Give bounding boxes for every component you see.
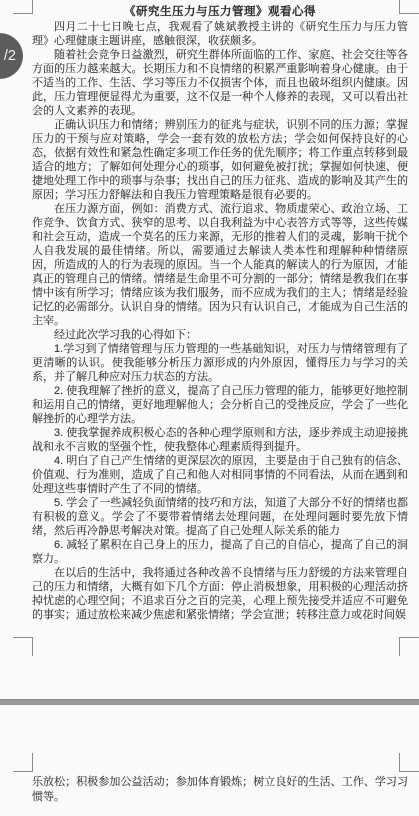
document-paragraph: 正确认识压力和情绪；辨别压力的征兆与症状，识别不同的压力源；掌握压力的干预与应对… [32, 118, 408, 202]
document-viewer: 《研究生压力与压力管理》观看心得 四月二十七日晚七点，我观看了姚斌教授主讲的《研… [0, 0, 419, 816]
document-paragraph: 随着社会竞争日益激烈，研究生群体所面临的工作、家庭、社会交往等各方面的压力越来越… [32, 48, 408, 118]
text-boundary-mark-bottom-right [399, 637, 419, 656]
document-paragraph: 乐放松；积极参加公益活动；参加体育锻炼；树立良好的生活、工作、学习习惯等。 [32, 775, 408, 804]
text-boundary-mark-top-right [399, 753, 419, 772]
document-page-1: 《研究生压力与压力管理》观看心得 四月二十七日晚七点，我观看了姚斌教授主讲的《研… [0, 0, 419, 699]
document-title: 《研究生压力与压力管理》观看心得 [32, 5, 408, 19]
document-paragraph: 经过此次学习我的心得如下： [32, 328, 408, 342]
document-paragraph: 在以后的生活中，我将通过各种改善不良情绪与压力舒缓的方法来管理自己的压力和情绪，… [32, 566, 408, 622]
document-paragraph: 3. 使我掌握养成积极心态的各种心理学原则和方法，逐步养成主动迎接挑战和永不言败… [32, 426, 408, 454]
document-paragraph: 1.学习到了情绪管理与压力管理的一些基础知识，对压力与情绪管理有了更清晰的认识。… [32, 342, 408, 384]
text-boundary-mark-bottom-left [13, 637, 33, 656]
document-paragraph: 6. 减轻了累积在自己身上的压力，提高了自己的自信心，提高了自己的洞察力。 [32, 538, 408, 566]
page-2-text-area: 乐放松；积极参加公益活动；参加体育锻炼；树立良好的生活、工作、学习习惯等。 [32, 775, 408, 804]
page-1-text-area: 《研究生压力与压力管理》观看心得 四月二十七日晚七点，我观看了姚斌教授主讲的《研… [32, 5, 408, 622]
document-paragraph: 2. 使我理解了挫折的意义，提高了自己压力管理的能力，能够更好地控制和运用自己的… [32, 384, 408, 426]
document-paragraph: 4. 明白了自己产生情绪的更深层次的原因，主要是由于自己独有的信念、价值观、行为… [32, 454, 408, 496]
document-paragraph: 四月二十七日晚七点，我观看了姚斌教授主讲的《研究生压力与压力管理》心理健康主题讲… [32, 20, 408, 48]
document-paragraph: 在压力源方面，例如：消费方式、流行追求、物质虚荣心、政治立场、工作竞争、饮食方式… [32, 202, 408, 328]
document-paragraph: 5. 学会了一些减轻负面情绪的技巧和方法，知道了大部分不好的情绪也都有积极的意义… [32, 496, 408, 538]
document-page-2: 乐放松；积极参加公益活动；参加体育锻炼；树立良好的生活、工作、学习习惯等。 [0, 705, 419, 816]
page-indicator-label: /2 [4, 48, 16, 64]
text-boundary-mark-top-left [13, 0, 33, 14]
text-boundary-mark-top-left [13, 753, 33, 772]
